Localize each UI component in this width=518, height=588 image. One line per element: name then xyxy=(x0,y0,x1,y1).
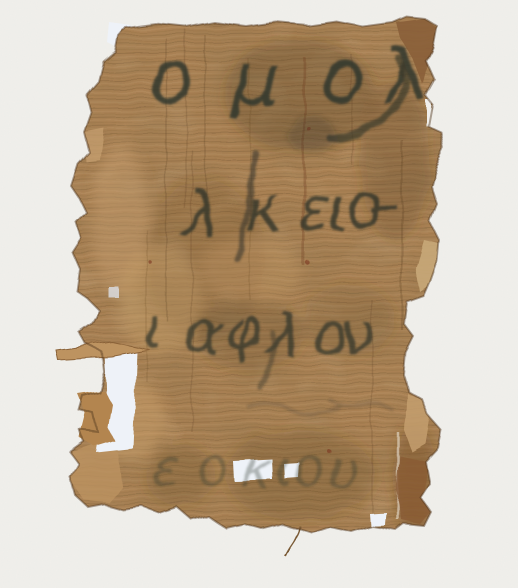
hole-bottom-right-notch xyxy=(369,512,386,526)
scan-page: ομολ λκειο– ιαφλον εοκιου xyxy=(0,0,518,588)
ink-smudge xyxy=(288,117,336,153)
papyrus-fragment-image: ομολ λκειο– ιαφλον εοκιου xyxy=(0,0,518,588)
hole-left-small xyxy=(109,287,119,298)
